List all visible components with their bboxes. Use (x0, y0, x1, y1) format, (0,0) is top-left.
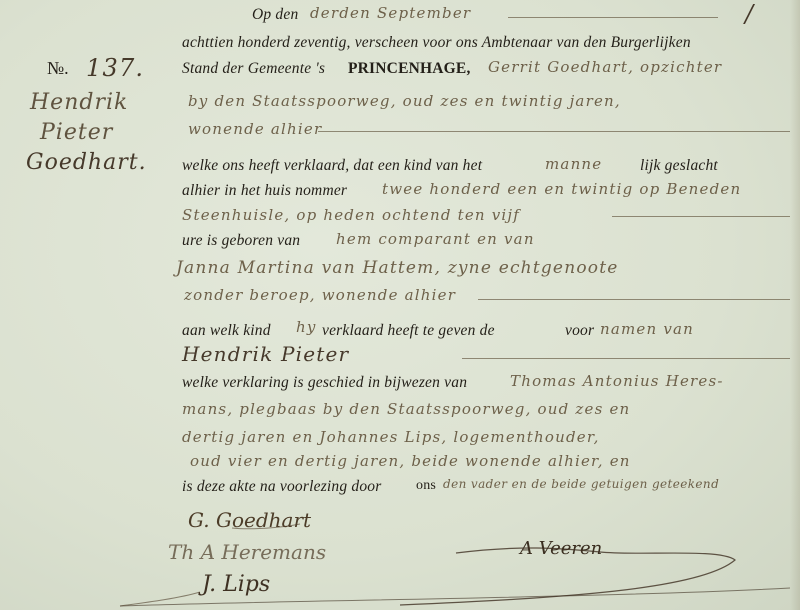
signature-flourishes (0, 0, 800, 610)
